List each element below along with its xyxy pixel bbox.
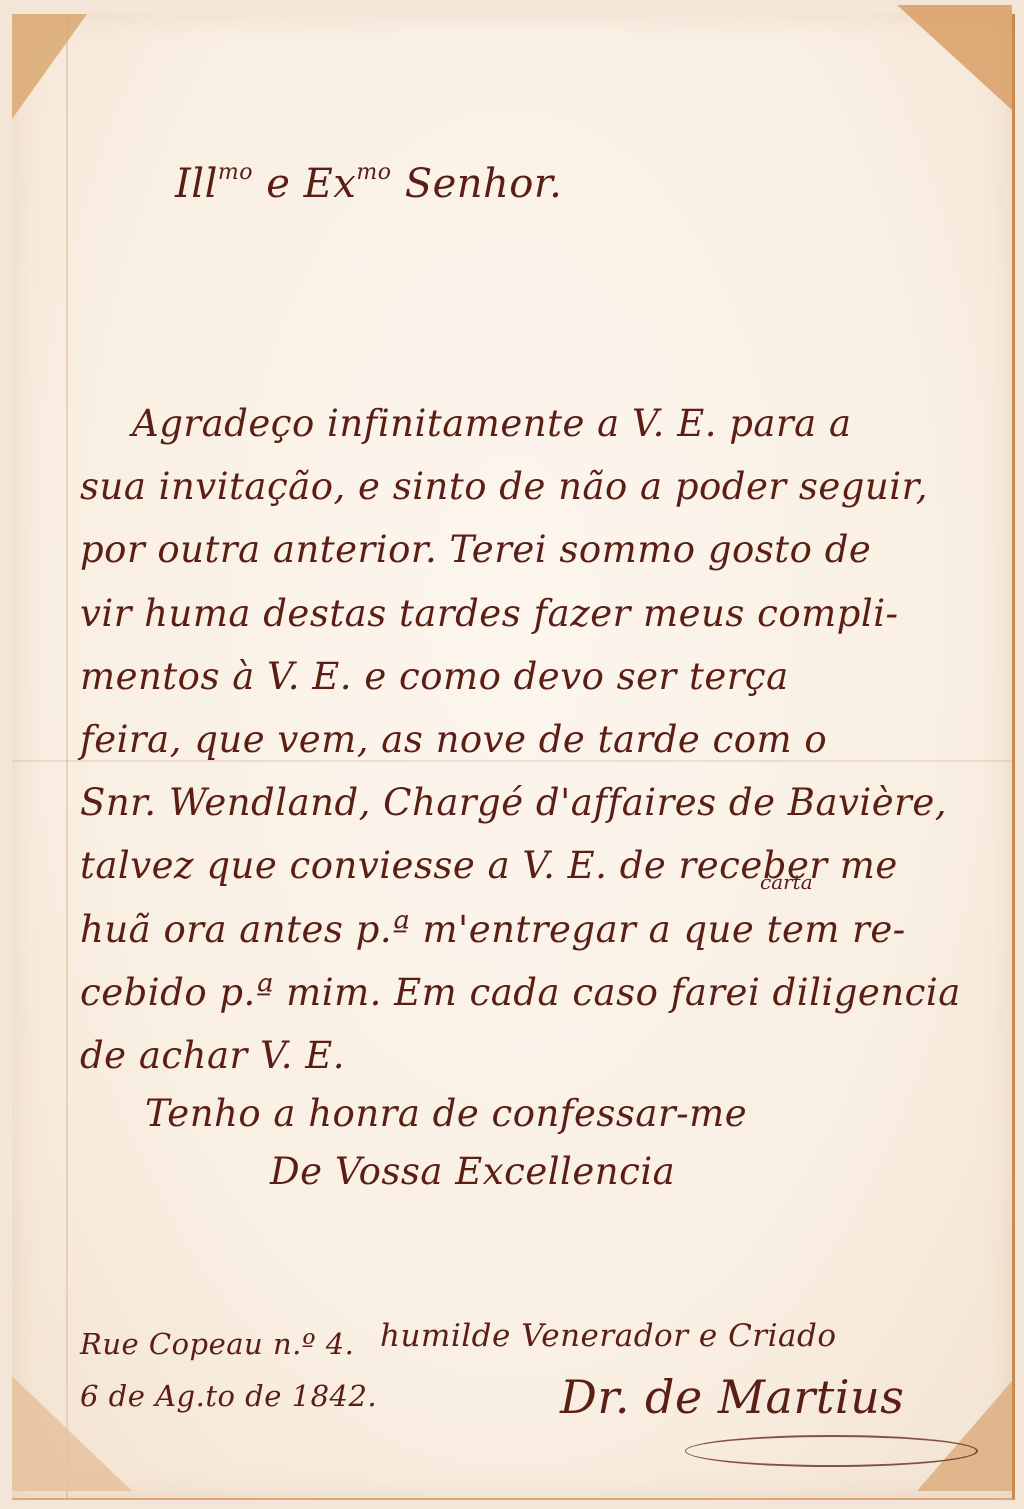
salutation-sup-2: mo <box>356 160 391 185</box>
body-line: sua invitação, e sinto de não a poder se… <box>80 455 961 518</box>
interlinear-insertion: carta <box>760 870 813 894</box>
address-date-block: Rue Copeau n.º 4. 6 de Ag.to de 1842. <box>80 1318 377 1422</box>
subscription: humilde Venerador e Criado <box>380 1318 837 1354</box>
body-line: vir huma destas tardes fazer meus compli… <box>80 582 961 645</box>
address: Rue Copeau n.º 4. <box>80 1318 377 1370</box>
signature: Dr. de Martius <box>560 1370 904 1424</box>
salutation-exmo: e Ex <box>266 161 356 207</box>
closing-line-1: Tenho a honra de confessar-me <box>145 1092 747 1135</box>
photo-corner-top-right <box>897 5 1012 110</box>
salutation-illmo: Ill <box>175 161 218 207</box>
photo-corner-top-left <box>12 14 87 119</box>
closing: Tenho a honra de confessar-me De Vossa E… <box>145 1085 747 1201</box>
body-line: mentos à V. E. e como devo ser terça <box>80 645 961 708</box>
salutation-senhor: Senhor. <box>405 161 563 207</box>
fold-line-vertical <box>66 14 68 1498</box>
body-line: cebido p.ª mim. Em cada caso farei dilig… <box>80 961 961 1024</box>
body-line: talvez que conviesse a V. E. de receber … <box>80 834 961 897</box>
salutation-sup-1: mo <box>218 160 253 185</box>
body-line: feira, que vem, as nove de tarde com o <box>80 708 961 771</box>
photo-corner-bottom-right <box>917 1381 1012 1491</box>
letter-body: Agradeço infinitamente a V. E. para a su… <box>80 392 961 1087</box>
signature-flourish <box>685 1435 978 1467</box>
date: 6 de Ag.to de 1842. <box>80 1370 377 1422</box>
closing-line-2: De Vossa Excellencia <box>145 1143 747 1201</box>
salutation: Illmo e Exmo Senhor. <box>175 160 562 207</box>
body-line: huã ora antes p.ª m'entregar a que tem r… <box>80 898 961 961</box>
body-line: por outra anterior. Terei sommo gosto de <box>80 518 961 581</box>
body-line: Snr. Wendland, Chargé d'affaires de Bavi… <box>80 771 961 834</box>
body-line: de achar V. E. <box>80 1024 961 1087</box>
body-line: Agradeço infinitamente a V. E. para a <box>80 392 961 455</box>
